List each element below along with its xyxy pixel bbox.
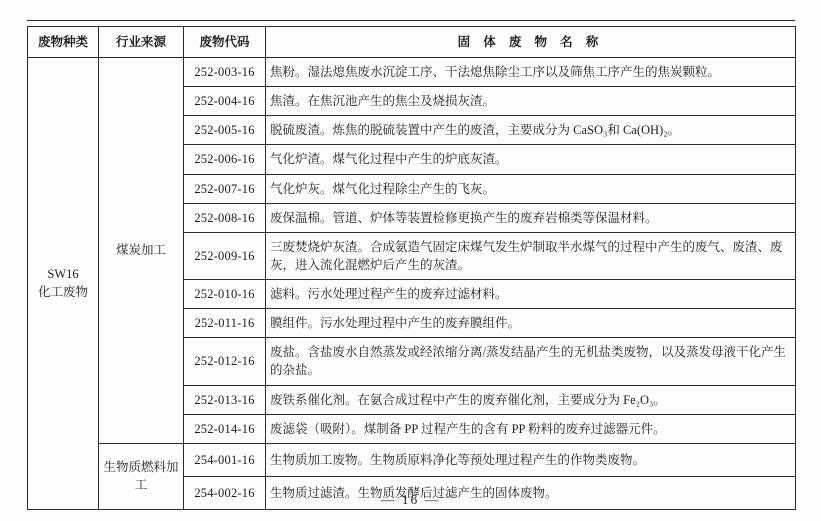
waste-name-cell: 滤料。污水处理过程产生的废弃过滤材料。 [266, 280, 796, 309]
header-row: 废物种类 行业来源 废物代码 固 体 废 物 名 称 [28, 27, 796, 58]
waste-name-cell: 脱硫废渣。炼焦的脱硫装置中产生的废渣，主要成分为 CaSO₃和 Ca(OH)₂。 [266, 116, 796, 145]
waste-code-cell: 252-008-16 [184, 203, 266, 232]
waste-name-cell: 焦渣。在焦沉池产生的焦尘及烧损灰渣。 [266, 87, 796, 116]
table-row: SW16 化工废物 煤炭加工 252-003-16 焦粉。湿法熄焦废水沉淀工序、… [28, 58, 796, 87]
table-row: 生物质燃料加工 254-001-16 生物质加工废物。生物质原料净化等预处理过程… [28, 443, 796, 476]
waste-code-cell: 252-004-16 [184, 87, 266, 116]
waste-name-cell: 废滤袋（吸附）。煤制备 PP 过程产生的含有 PP 粉料的废弃过滤器元件。 [266, 414, 796, 443]
document-page: 废物种类 行业来源 废物代码 固 体 废 物 名 称 SW16 化工废物 煤炭加… [0, 0, 821, 521]
page-number: — 16 — [0, 492, 821, 508]
waste-name-cell: 废盐。含盐废水自然蒸发或经浓缩分离/蒸发结晶产生的无机盐类废物，以及蒸发母液干化… [266, 338, 796, 385]
waste-code-cell: 252-012-16 [184, 338, 266, 385]
waste-name-cell: 气化炉渣。煤气化过程中产生的炉底灰渣。 [266, 145, 796, 174]
waste-name-cell: 废保温棉。管道、炉体等装置检修更换产生的废弃岩棉类等保温材料。 [266, 203, 796, 232]
waste-code-cell: 252-009-16 [184, 232, 266, 279]
waste-name-cell: 气化炉灰。煤气化过程除尘产生的飞灰。 [266, 174, 796, 203]
header-waste-name: 固 体 废 物 名 称 [266, 27, 796, 58]
header-waste-category: 废物种类 [28, 27, 99, 58]
waste-code-cell: 252-013-16 [184, 385, 266, 414]
waste-category-cell: SW16 化工废物 [28, 58, 99, 510]
industry-source-cell: 煤炭加工 [99, 58, 184, 444]
waste-name-cell: 废铁系催化剂。在氨合成过程中产生的废弃催化剂，主要成分为 Fe₂O₃。 [266, 385, 796, 414]
header-waste-code: 废物代码 [184, 27, 266, 58]
waste-name-cell: 膜组件。污水处理过程中产生的废弃膜组件。 [266, 309, 796, 338]
waste-code-cell: 252-011-16 [184, 309, 266, 338]
waste-code-cell: 252-003-16 [184, 58, 266, 87]
waste-name-cell: 生物质加工废物。生物质原料净化等预处理过程产生的作物类废物。 [266, 443, 796, 476]
waste-name-cell: 三废焚烧炉灰渣。合成氨造气固定床煤气发生炉制取半水煤气的过程中产生的废气、废渣、… [266, 232, 796, 279]
waste-code-cell: 254-001-16 [184, 443, 266, 476]
waste-code-cell: 252-014-16 [184, 414, 266, 443]
waste-category-label: 化工废物 [32, 283, 94, 301]
waste-code-cell: 252-007-16 [184, 174, 266, 203]
waste-name-cell: 焦粉。湿法熄焦废水沉淀工序、干法熄焦除尘工序以及筛焦工序产生的焦炭颗粒。 [266, 58, 796, 87]
waste-code-cell: 252-010-16 [184, 280, 266, 309]
header-industry-source: 行业来源 [99, 27, 184, 58]
waste-code-cell: 252-006-16 [184, 145, 266, 174]
waste-classification-table: 废物种类 行业来源 废物代码 固 体 废 物 名 称 SW16 化工废物 煤炭加… [27, 26, 796, 510]
top-rule [27, 20, 795, 21]
waste-category-code: SW16 [32, 265, 94, 283]
waste-code-cell: 252-005-16 [184, 116, 266, 145]
